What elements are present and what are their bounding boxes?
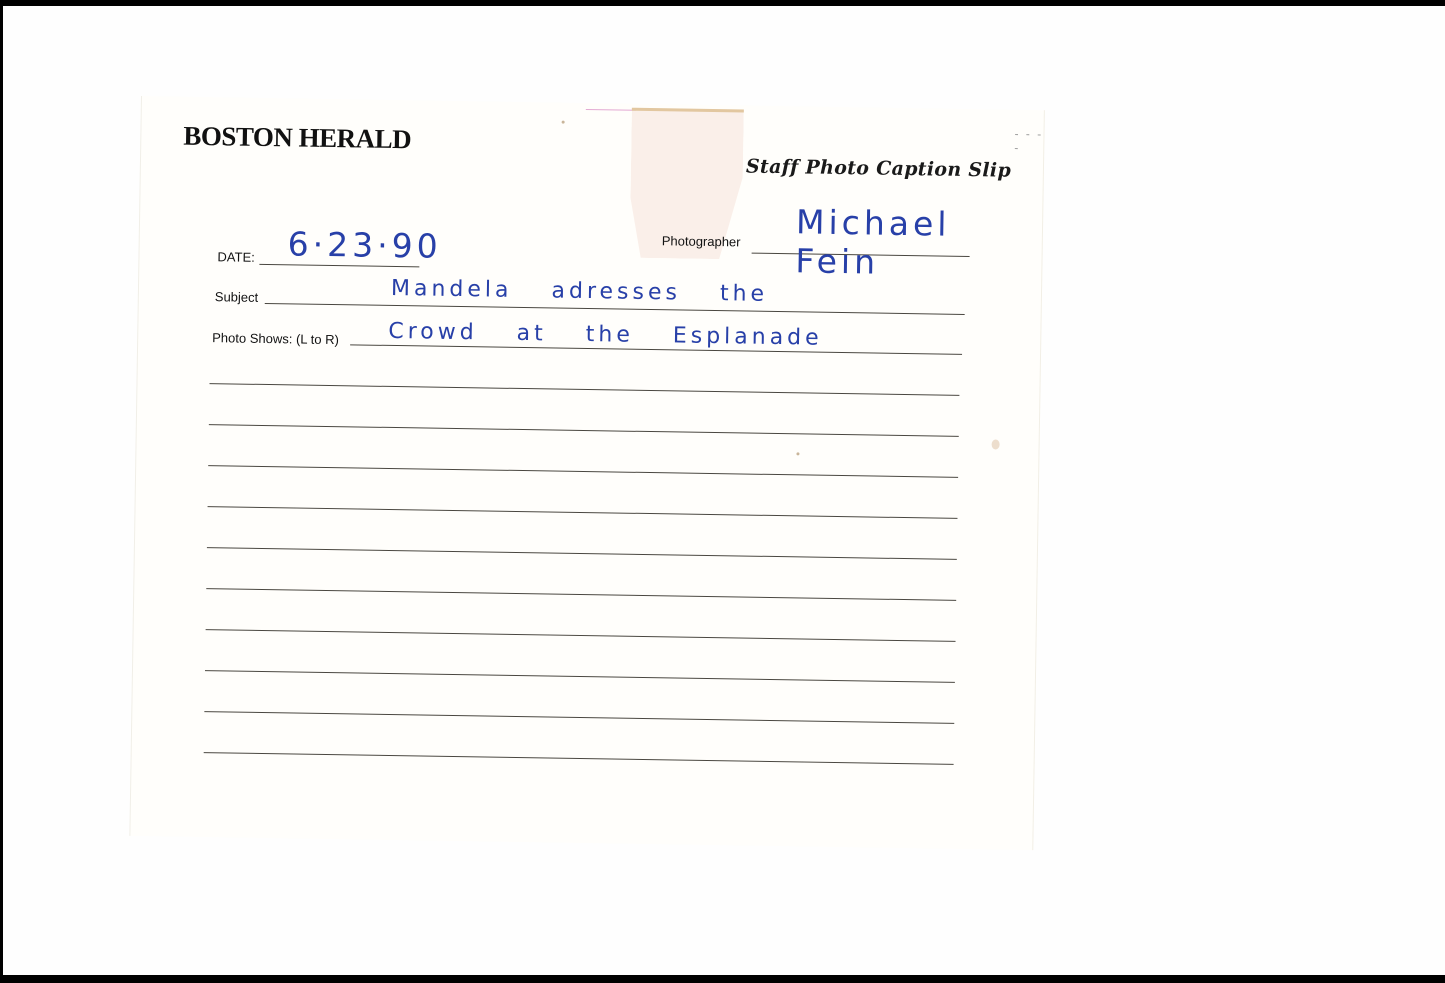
corner-mark: - - - - xyxy=(1014,127,1043,155)
form-title: Staff Photo Caption Slip xyxy=(746,156,1011,182)
subject-label: Subject xyxy=(215,289,259,305)
blank-line[interactable] xyxy=(206,629,956,642)
masthead-logo: BOSTON HERALD xyxy=(183,121,411,156)
blank-line[interactable] xyxy=(209,424,959,437)
blank-line[interactable] xyxy=(209,383,959,396)
blank-line[interactable] xyxy=(206,588,956,601)
blank-line[interactable] xyxy=(207,547,957,560)
subject-value[interactable]: Mandela adresses the xyxy=(391,276,768,307)
photographer-value[interactable]: Michael Fein xyxy=(795,202,1042,284)
photo-shows-label: Photo Shows: (L to R) xyxy=(212,330,339,347)
paper-stain xyxy=(992,439,1000,449)
paper-speck xyxy=(796,452,799,455)
blank-line[interactable] xyxy=(208,506,958,519)
blank-line[interactable] xyxy=(204,711,954,724)
paper-speck xyxy=(562,121,565,124)
blank-line[interactable] xyxy=(208,465,958,478)
blank-line[interactable] xyxy=(205,670,955,683)
caption-slip: BOSTON HERALD Staff Photo Caption Slip -… xyxy=(129,96,1045,850)
blank-line[interactable] xyxy=(204,752,954,765)
date-label: DATE: xyxy=(217,249,255,265)
subject-line xyxy=(265,303,965,315)
date-value[interactable]: 6·23·90 xyxy=(287,224,442,265)
pink-mark xyxy=(586,109,636,111)
photographer-label: Photographer xyxy=(662,233,741,249)
scanned-page: BOSTON HERALD Staff Photo Caption Slip -… xyxy=(3,6,1445,975)
